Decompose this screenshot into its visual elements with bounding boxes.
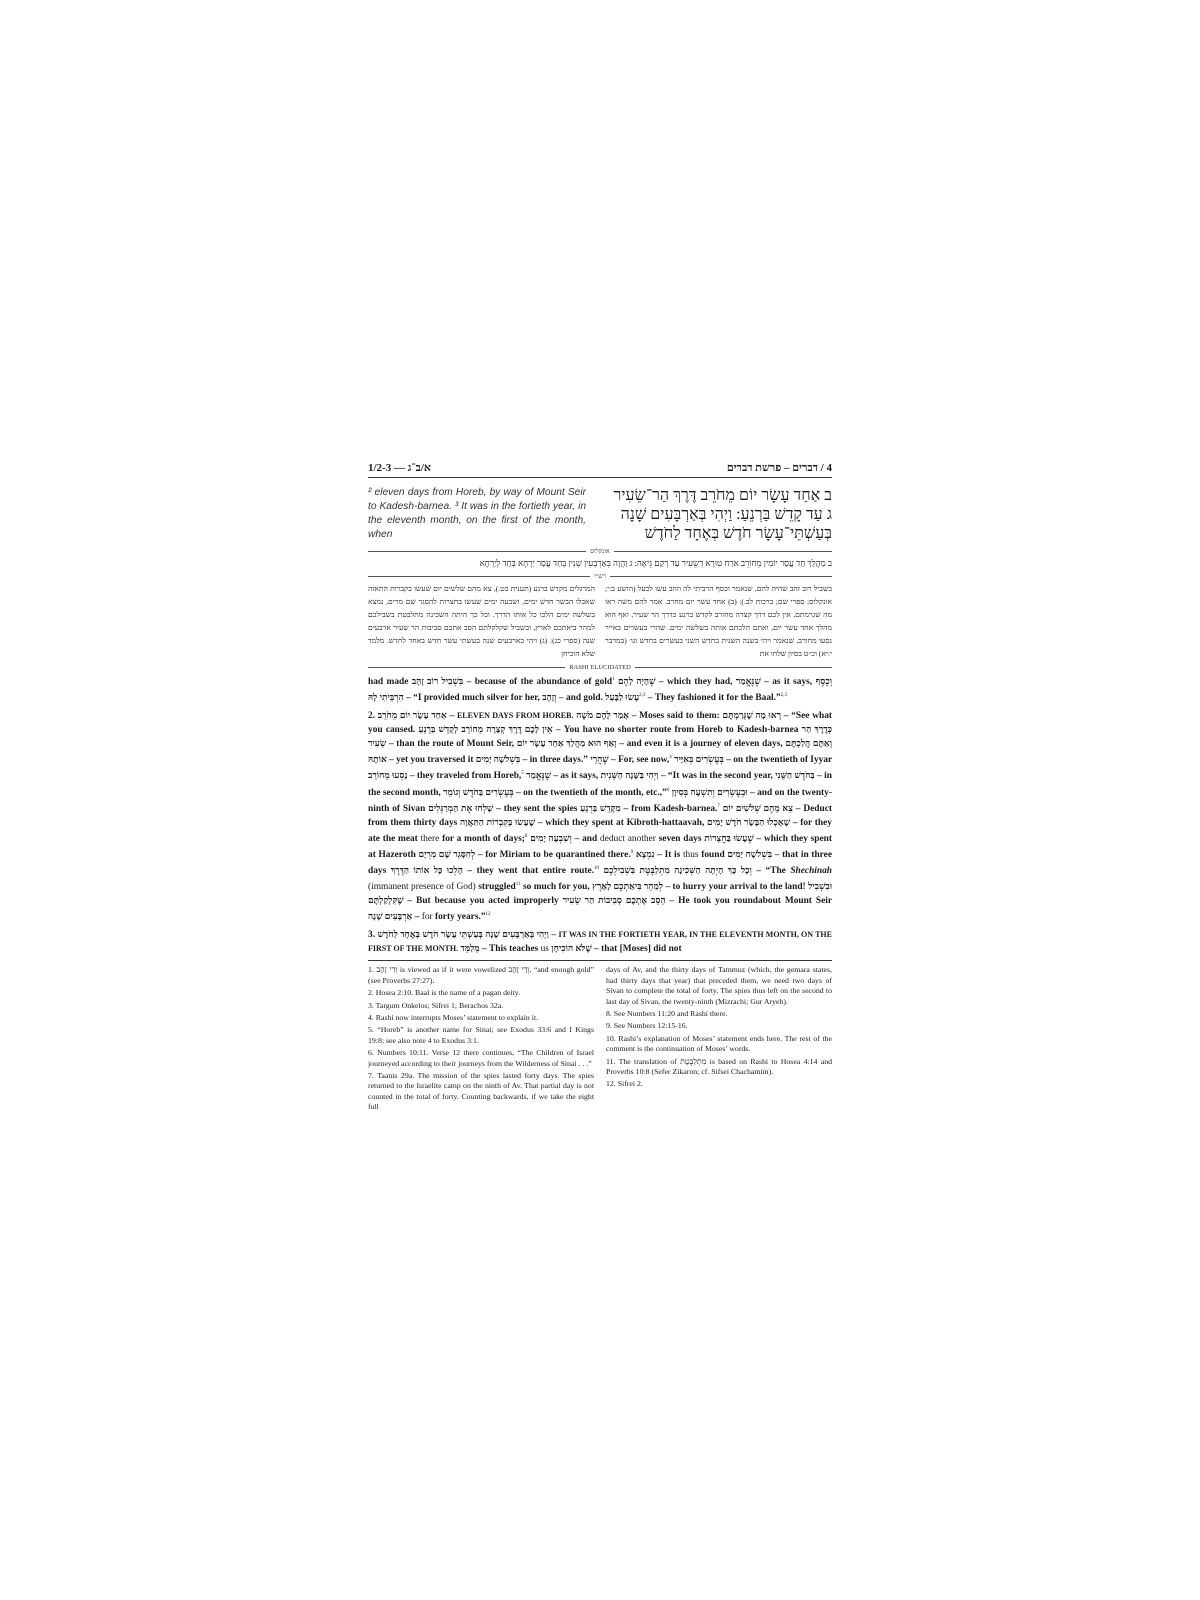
hebrew-phrase: וְכָל כָּךְ הָיְתָה הַשְּׁכִינָה מִתְלַב…	[604, 865, 752, 875]
hebrew-phrase: נִמְצָא	[636, 849, 655, 859]
footnote: 11. The translation of מִתְלַבֶּטֶת is b…	[606, 1057, 832, 1078]
hebrew-phrase: הֵסֵב אֶתְכֶם סְבִיבוֹת הַר שֵׂעִיר	[563, 895, 666, 905]
hebrew-phrase: לְמַהֵר בִּיאַתְכֶם לָאָרֶץ	[592, 881, 663, 891]
book-page: 1/2-3 — א/ב־ג 4 / דברים – פרשת דברים ² e…	[368, 458, 832, 1115]
hebrew-phrase: וְשִׁבְעָה יָמִים	[530, 833, 572, 843]
interpolation: for	[422, 912, 433, 922]
footnote: 1. וְדִי זָהָב is viewed as if it were v…	[368, 965, 594, 986]
hebrew-phrase: וּבְעֶשְׂרִים וְתִשְׁעָה בְּסִיוָן	[672, 787, 748, 797]
hebrew-phrase: שֶׁלֹּא הוֹכִיחָן	[551, 943, 591, 953]
hebrew-phrase: שֶׁאָכְלוּ הַבָּשָׂר חֹדֶשׁ יָמִים	[707, 817, 790, 827]
hebrew-phrase: נָסְעוּ מֵחוֹרֵב	[368, 771, 407, 781]
footnotes-left: 1. וְדִי זָהָב is viewed as if it were v…	[368, 965, 594, 1114]
italic-term: Shechinah	[790, 866, 832, 876]
hebrew-phrase: בִּשְׁלֹשָׁה יָמִים	[727, 849, 772, 859]
rashi-column-right: בשביל רוב זהב שהיה להם, שנאמר וכסף הרבית…	[605, 582, 832, 660]
footnote-ref: 7	[717, 804, 720, 809]
hebrew-phrase: אָמַר לָהֶם מֹשֶׁה	[576, 710, 629, 720]
elucidation-paragraph: 2. אַחַד עָשָׂר יוֹם מֵחֹרֵב – ELEVEN DA…	[368, 709, 832, 924]
hebrew-phrase: אַרְבָּעִים שָׁנָה	[368, 911, 412, 921]
footnote-ref: 2,3	[639, 693, 645, 698]
footnote-ref: 9	[631, 850, 634, 855]
hebrew-phrase: שֶׁעָשׂוּ בְּקִבְרוֹת הַתַּאֲוָה	[460, 817, 535, 827]
footnote-ref: 5	[521, 771, 524, 776]
elucidated-divider: RASHI ELUCIDATED	[368, 664, 832, 671]
footnote: days of Av, and the thirty days of Tammu…	[606, 965, 832, 1007]
hebrew-phrase: אֵין לָכֶם דֶּרֶךְ קְצָרָה מֵחוֹרֵב לְקָ…	[419, 724, 553, 734]
elucidated-label: RASHI ELUCIDATED	[565, 664, 635, 671]
hebrew-phrase: מְלַמֵּד	[460, 943, 479, 953]
verse-heading: ELEVEN DAYS FROM HOREB.	[457, 711, 574, 720]
footnote-ref: 10	[594, 866, 599, 871]
hebrew-phrase: שֶׁהֲרֵי	[590, 754, 608, 764]
footnote: 4. Rashi now interrupts Moses’ statement…	[368, 1013, 594, 1023]
footnote: 6. Numbers 10:11. Verse 12 there continu…	[368, 1048, 594, 1069]
hebrew-phrase: בְּעֶשְׂרִים בַּחֹדֶשׁ וְגוֹמֵר	[443, 787, 513, 797]
interpolation: deduct another	[600, 834, 656, 844]
verse-translation: ² eleven days from Horeb, by way of Moun…	[368, 486, 596, 544]
interpolation: us	[541, 944, 549, 954]
footnote: 8. See Numbers 11:20 and Rashi there.	[606, 1009, 832, 1019]
footnote-ref: 12	[486, 912, 491, 917]
verse-hebrew-line: ב אַחַד עָשָׂר יוֹם מֵחֹרֵב דֶּרֶךְ הַר־…	[596, 486, 832, 505]
hebrew-phrase: צֵא מֵהֶם שְׁלֹשִׁים יוֹם	[723, 803, 793, 813]
rashi-hebrew: בשביל רוב זהב שהיה להם, שנאמר וכסף הרבית…	[368, 582, 832, 660]
footnote: 12. Sifrei 2.	[606, 1079, 832, 1089]
hebrew-phrase: וְזָהָב	[542, 692, 556, 702]
onkelos-divider: אונקלוס	[368, 548, 832, 555]
verse-hebrew: ב אַחַד עָשָׂר יוֹם מֵחֹרֵב דֶּרֶךְ הַר־…	[596, 486, 832, 544]
hebrew-phrase: בְּעֶשְׂרִים בְּאִיָּיר	[674, 754, 724, 764]
hebrew-phrase: הָלְכוּ כָּל אוֹתוֹ הַדֶּרֶךְ	[391, 865, 463, 875]
footnote: 5. “Horeb” is another name for Sinai; se…	[368, 1025, 594, 1046]
footnote: 3. Targum Onkelos; Sifrei 1; Berachos 32…	[368, 1001, 594, 1011]
interpolation: there	[421, 834, 440, 844]
hebrew-phrase: בִּשְׁלֹשָׁה יָמִים	[476, 754, 520, 764]
footnote-ref: 2,3	[781, 693, 787, 698]
hebrew-phrase: לְהִסָּגֵר שָׁם מִרְיָם	[418, 849, 475, 859]
hebrew-phrase: וְאַף הוּא מַהֲלַךְ אַחַד עָשָׂר יוֹם	[517, 738, 617, 748]
hebrew-phrase: שֶׁעָשׂוּ בַּחֲצֵרוֹת	[704, 833, 753, 843]
page-title: 4 / דברים – פרשת דברים	[727, 462, 832, 474]
footnote: 2. Hosea 2:10. Baal is the name of a pag…	[368, 988, 594, 998]
footnote: 10. Rashi’s explanation of Moses’ statem…	[606, 1034, 832, 1055]
verse-hebrew-line: בְּעַשְׁתֵּי־עָשָׂר חֹדֶשׁ בְּאֶחָד לַחֹ…	[596, 524, 832, 543]
hebrew-phrase: בִּשְׁבִיל רוֹב זָהָב	[412, 676, 463, 686]
footnote: 9. See Numbers 12:15-16.	[606, 1021, 832, 1031]
elucidation-paragraph: 3. וַיְהִי בְּאַרְבָּעִים שָׁנָה בְּעַשְ…	[368, 928, 832, 956]
elucidation-paragraph: had made בִּשְׁבִיל רוֹב זָהָב – because…	[368, 673, 832, 705]
footnote: 7. Taanis 29a. The mission of the spies …	[368, 1071, 594, 1113]
interpolation: (immanent presence of God)	[368, 882, 476, 892]
rashi-divider: רש״י	[368, 573, 832, 580]
footnote-ref: 8	[525, 834, 528, 839]
footnote-rule	[368, 960, 832, 961]
verse-reference: 1/2-3 — א/ב־ג	[368, 462, 431, 474]
hebrew-phrase: וַיְהִי בְּאַרְבָּעִים שָׁנָה בְּעַשְׁתֵ…	[378, 929, 549, 939]
footnotes-right: days of Av, and the thirty days of Tammu…	[606, 965, 832, 1114]
verse-block: ² eleven days from Horeb, by way of Moun…	[368, 486, 832, 544]
hebrew-phrase: שֶׁנֶּאֱמַר	[736, 676, 761, 686]
interpolation: thus	[683, 850, 699, 860]
rashi-elucidated: had made בִּשְׁבִיל רוֹב זָהָב – because…	[368, 673, 832, 956]
hebrew-phrase: שֶׁנֶּאֱמַר	[526, 771, 551, 781]
footnote-ref: 4	[669, 755, 672, 760]
hebrew-phrase: בַּחֹדֶשׁ הַשֵּׁנִי	[775, 771, 814, 781]
hebrew-phrase: וַיְהִי בַּשָּׁנָה הַשֵּׁנִית	[601, 771, 659, 781]
footnote-ref: 11	[516, 882, 521, 887]
hebrew-phrase: מִקָּדֵשׁ בַּרְנֵעַ	[580, 803, 620, 813]
rashi-column-left: המרגלים מקדש ברנע (תענית כט.), צא מהם של…	[368, 582, 595, 660]
footnotes: 1. וְדִי זָהָב is viewed as if it were v…	[368, 965, 832, 1114]
verse-hebrew-line: ג עַד קָדֵשׁ בַּרְנֵעַ: וַיְהִי בְּאַרְב…	[596, 505, 832, 524]
hebrew-phrase: שֶׁהָיָה לָהֶם	[618, 676, 655, 686]
hebrew-phrase: שָׁלְחוּ אֶת הַמְרַגְּלִים	[428, 803, 493, 813]
hebrew-phrase: רְאוּ מָה שֶׁגְּרַמְתֶּם	[723, 710, 782, 720]
hebrew-phrase: אַחַד עָשָׂר יוֹם מֵחֹרֵב	[378, 710, 447, 720]
hebrew-phrase: עָשׂוּ לַבָּעַל	[605, 692, 639, 702]
footnote-ref: 1	[612, 677, 615, 682]
onkelos-label: אונקלוס	[586, 548, 614, 555]
onkelos-text: ב מַהֲלַךְ חַד עֲסַר יוֹמִין מֵחוֹרֵב אֹ…	[368, 557, 832, 569]
running-header: 1/2-3 — א/ב־ג 4 / דברים – פרשת דברים	[368, 458, 832, 478]
footnote-ref: 6	[667, 788, 670, 793]
rashi-label: רש״י	[590, 573, 610, 580]
